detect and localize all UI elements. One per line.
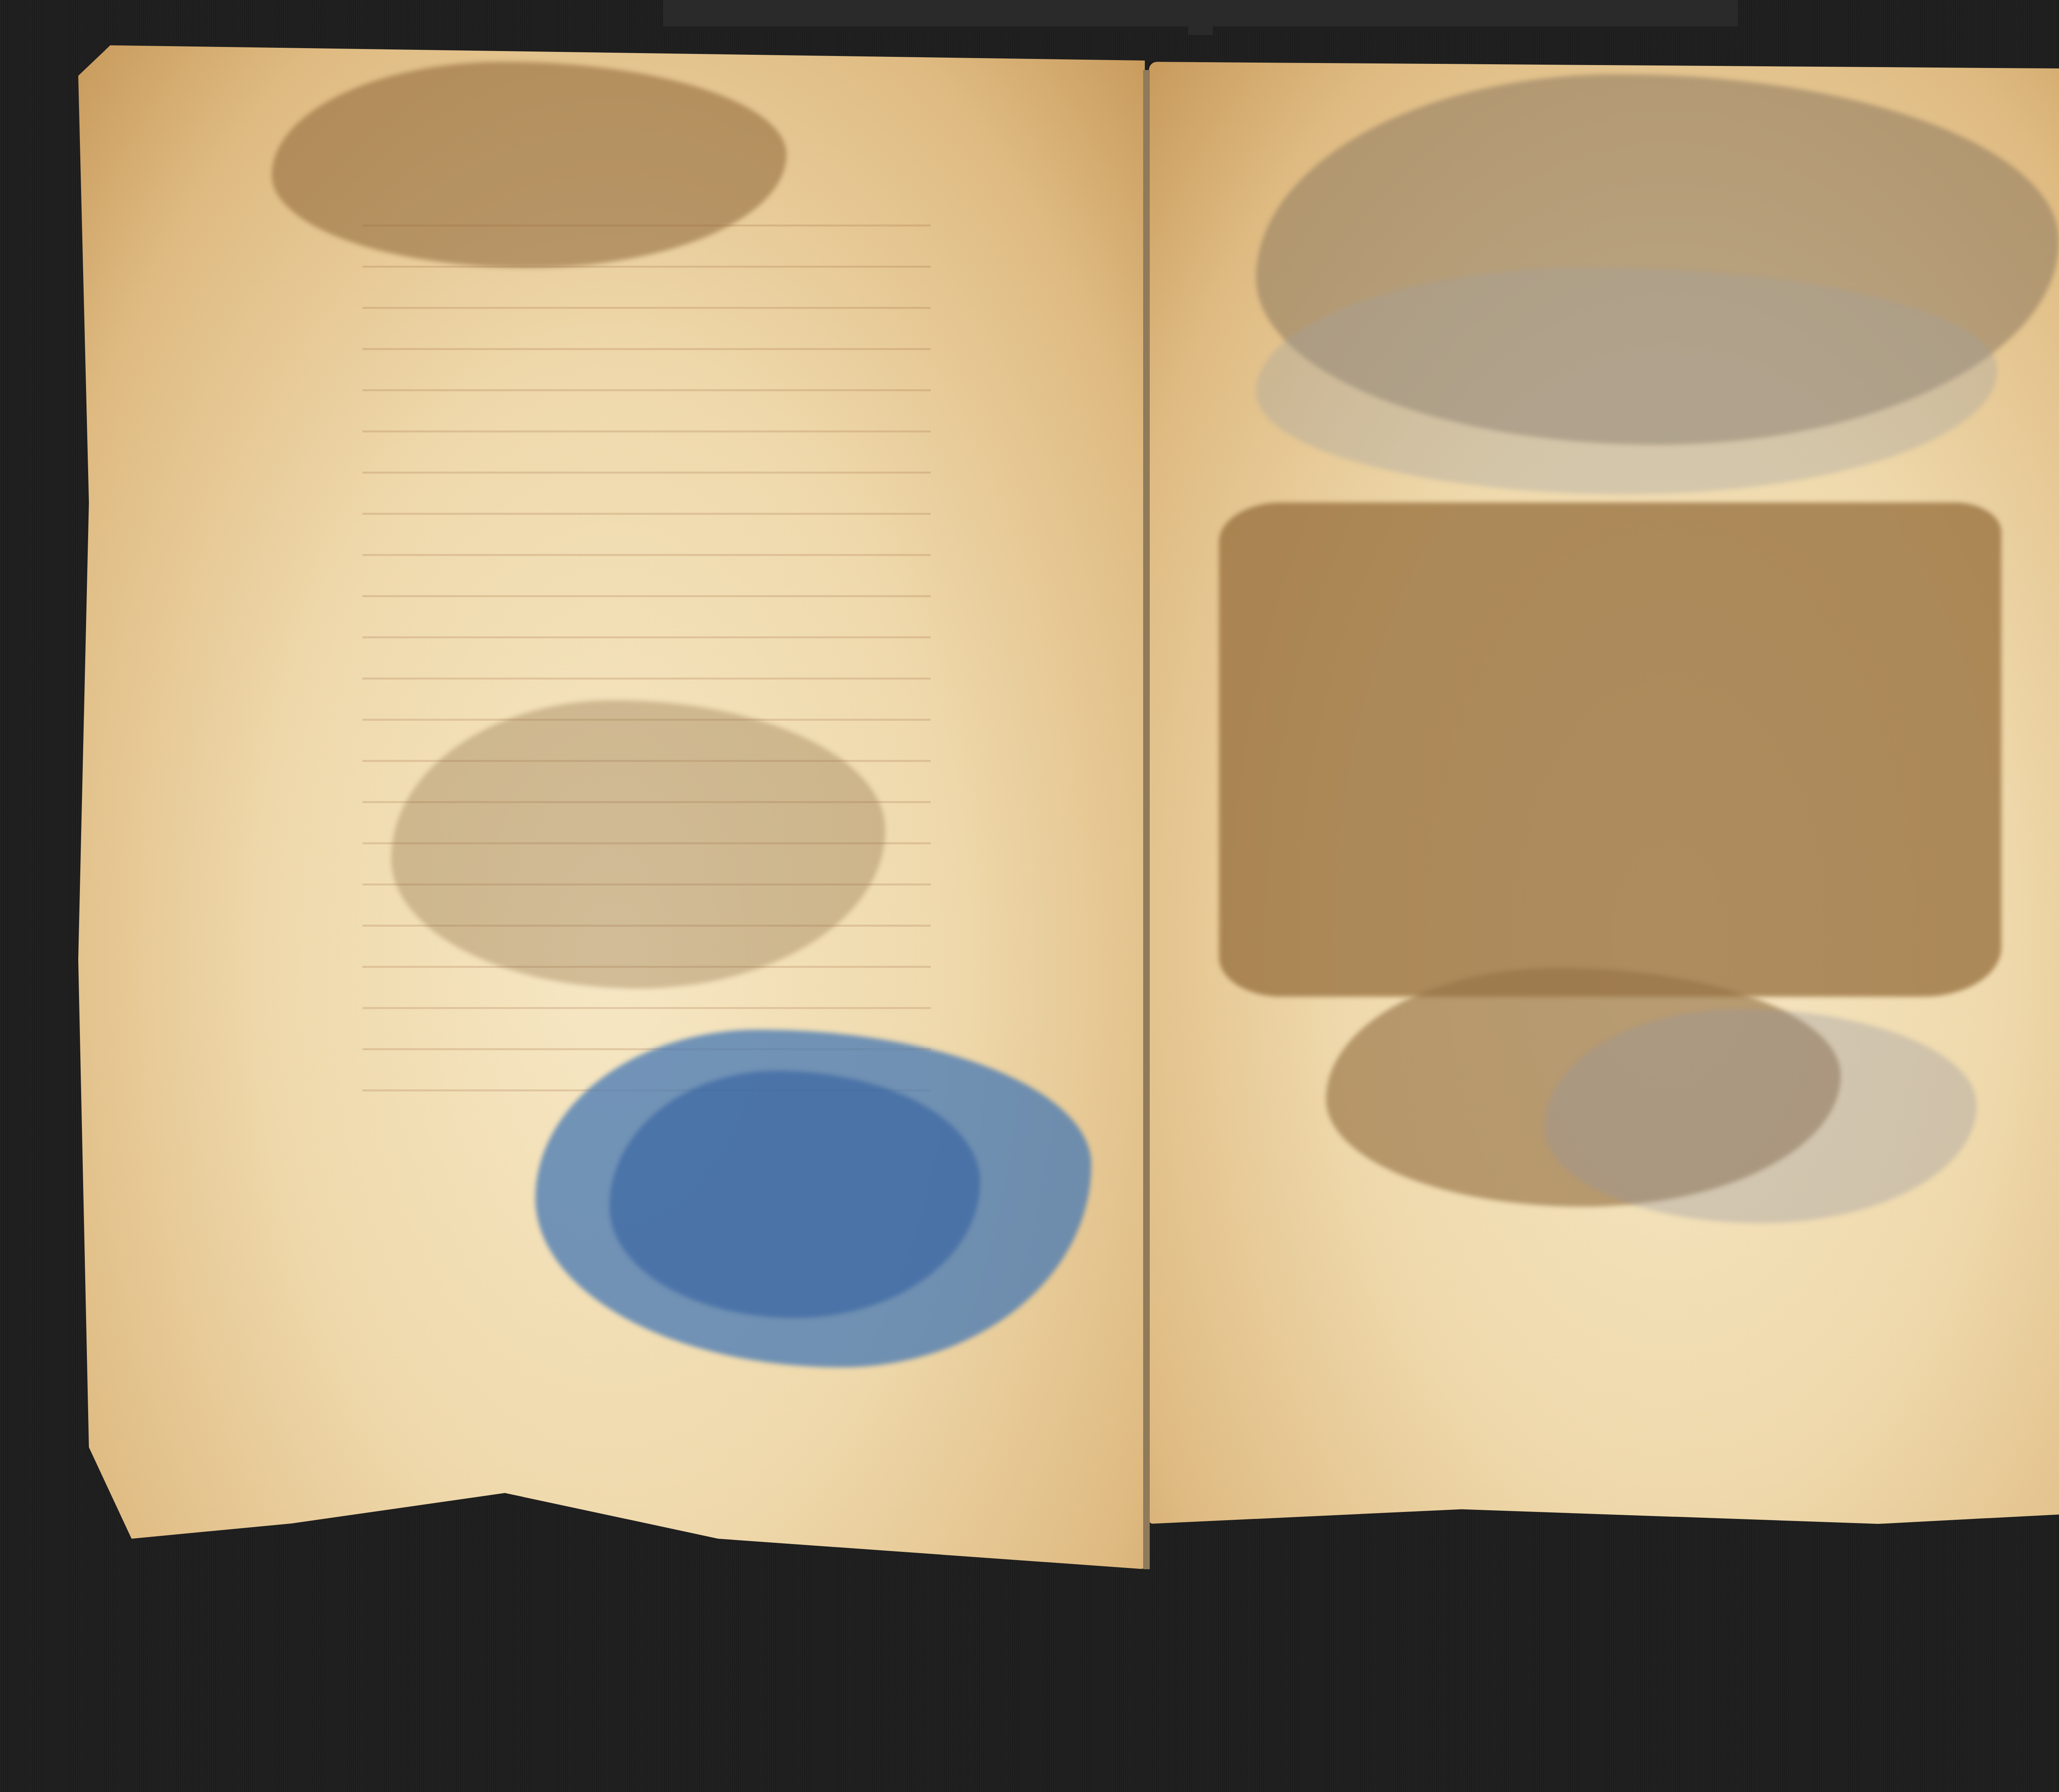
brown-stain-right-center	[1219, 502, 2001, 997]
top-band-notch	[1188, 25, 1213, 35]
book-spine-fold	[1143, 70, 1150, 1569]
top-dark-band	[663, 0, 1738, 26]
